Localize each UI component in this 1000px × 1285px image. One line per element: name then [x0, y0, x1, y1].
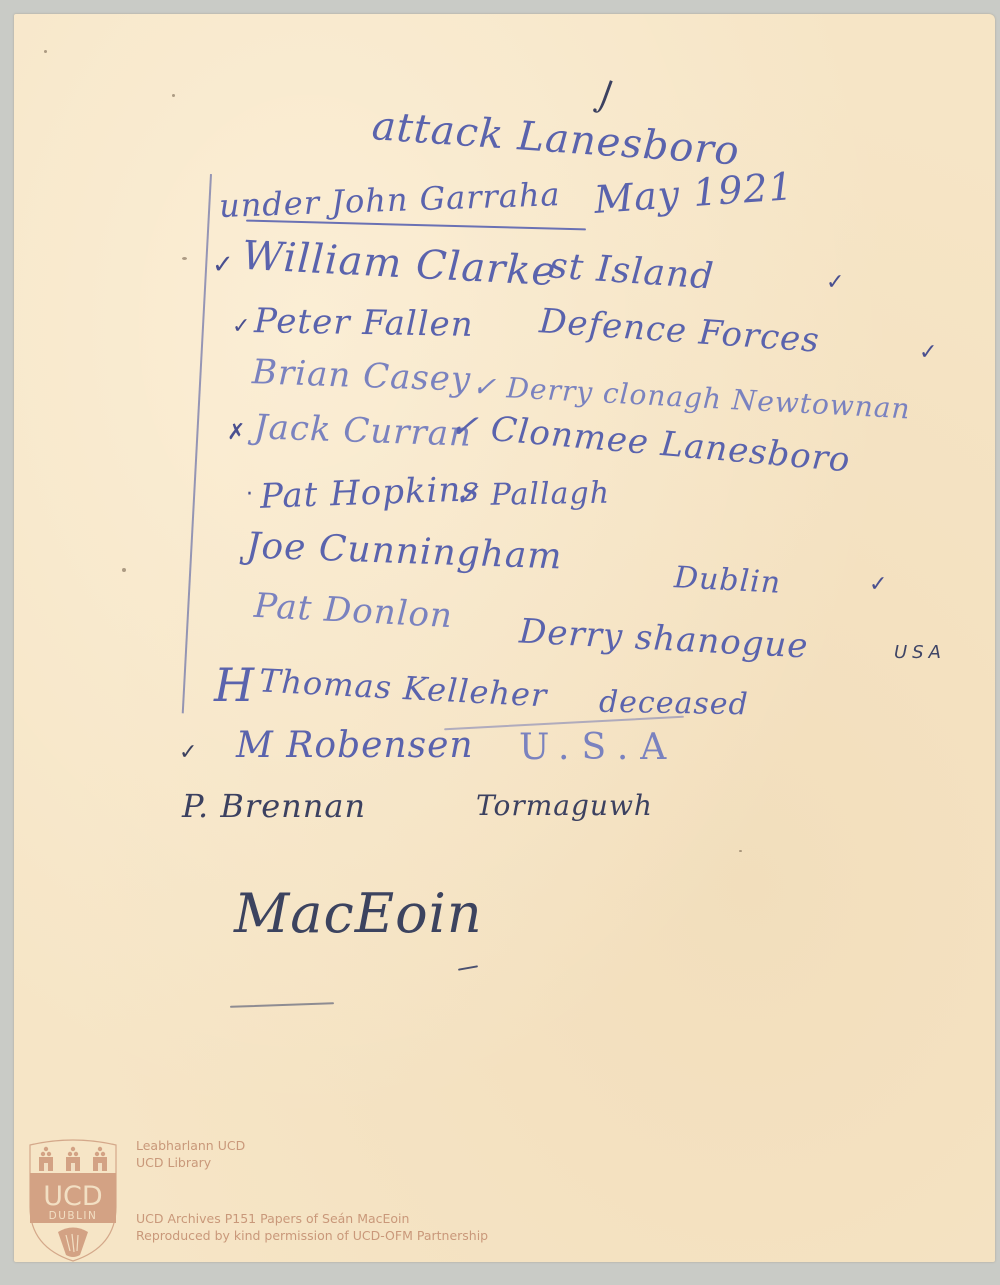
pencil-mark: ⌡ [592, 82, 618, 116]
tick-icon: H [214, 662, 250, 708]
dot-icon: · [238, 549, 245, 571]
watermark-archive-credit: UCD Archives P151 Papers of Seán MacEoin [136, 1210, 409, 1227]
check-icon: ✓ [826, 272, 844, 294]
tick-icon: ✓ [179, 742, 197, 764]
signature: MacEoin [234, 882, 483, 945]
entry-name: M Robensen [236, 728, 474, 764]
check-icon: ✓ [919, 342, 937, 364]
subtitle-commander: under John Garraha [219, 178, 562, 222]
paper-speck [182, 257, 187, 260]
entry-detail: U.S.A [519, 730, 678, 766]
entry-detail: Defence Forces [538, 304, 821, 358]
watermark-library-irish: Leabharlann UCD [136, 1137, 245, 1154]
subtitle-underline [246, 220, 586, 231]
watermark-permission-credit: Reproduced by kind permission of UCD-OFM… [136, 1227, 488, 1244]
paper-speck [172, 94, 175, 97]
entry-name: Pat Donlon [253, 589, 453, 633]
ucd-crest-icon: UCD DUBLIN [26, 1137, 120, 1263]
margin-line [182, 174, 212, 713]
check-icon: ✓ [869, 574, 887, 596]
dot-icon: · [246, 484, 253, 506]
subtitle-date: May 1921 [593, 167, 795, 219]
entry-detail: ✓ Pallagh [454, 479, 610, 512]
entry-name: William Clarke [241, 236, 557, 292]
entry-detail: st Island [548, 248, 715, 295]
svg-text:UCD: UCD [43, 1181, 102, 1212]
tick-icon: ✓ [212, 252, 234, 278]
archival-document-page: attack Lanesboro ⌡ under John Garraha Ma… [14, 14, 995, 1262]
entry-note: USA [894, 644, 946, 662]
entry-name: Brian Casey [251, 355, 471, 397]
pencil-line [230, 1002, 334, 1007]
paper-speck [122, 568, 126, 572]
entry-detail: Tormaguwh [476, 792, 653, 820]
paper-speck [44, 50, 47, 53]
entry-name: Peter Fallen [254, 304, 474, 342]
entry-name: Jack Curran [253, 410, 472, 452]
entry-name: Thomas Kelleher [258, 664, 548, 711]
entry-name: Pat Hopkins [259, 472, 480, 514]
paper-speck [739, 850, 742, 852]
document-title: attack Lanesboro [371, 106, 741, 172]
entry-name: Joe Cunningham [245, 528, 563, 575]
entry-detail: Derry shanogue [518, 614, 809, 663]
cross-icon: ✗ [227, 422, 245, 444]
entry-name: P. Brennan [182, 790, 366, 822]
watermark-library-english: UCD Library [136, 1154, 211, 1171]
pencil-dash [458, 965, 478, 970]
svg-text:DUBLIN: DUBLIN [49, 1210, 98, 1222]
tick-icon: ✓ [232, 316, 250, 338]
entry-detail: Dublin [673, 563, 782, 599]
